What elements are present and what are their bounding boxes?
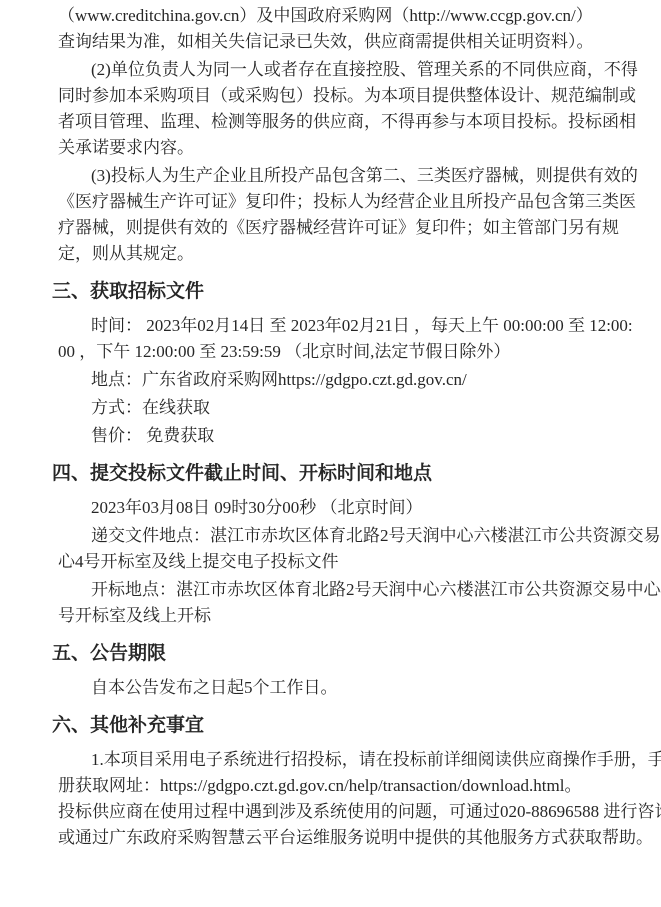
section-heading-obtain-documents: 三、获取招标文件	[52, 279, 657, 305]
doc-line: 者项目管理、监理、检测等服务的供应商，不得再参与本项目投标。投标函相	[58, 109, 657, 135]
document-content: （www.creditchina.gov.cn）及中国政府采购网（http://…	[0, 0, 661, 851]
doc-line: 号开标室及线上开标	[58, 603, 657, 629]
doc-line: 关承诺要求内容。	[58, 135, 657, 161]
paragraph-other-matters: 1.本项目采用电子系统进行招投标，请在投标前详细阅读供应商操作手册，手 册获取网…	[58, 747, 657, 851]
paragraph-item-3: (3)投标人为生产企业且所投产品包含第二、三类医疗器械，则提供有效的 《医疗器械…	[58, 163, 657, 267]
paragraph-obtain-method: 方式：在线获取	[58, 395, 657, 421]
document-page: （www.creditchina.gov.cn）及中国政府采购网（http://…	[0, 0, 661, 907]
doc-line: 售价： 免费获取	[58, 423, 657, 449]
doc-line: 投标供应商在使用过程中遇到涉及系统使用的问题，可通过020-88696588 进…	[58, 799, 657, 825]
doc-line: 地点：广东省政府采购网https://gdgpo.czt.gd.gov.cn/	[58, 367, 657, 393]
doc-line: 同时参加本采购项目（或采购包）投标。为本项目提供整体设计、规范编制或	[58, 83, 657, 109]
doc-line: 2023年03月08日 09时30分00秒 （北京时间）	[58, 495, 657, 521]
section-heading-deadline-opening: 四、提交投标文件截止时间、开标时间和地点	[52, 461, 657, 487]
doc-line: 《医疗器械生产许可证》复印件；投标人为经营企业且所投产品包含第三类医	[58, 189, 657, 215]
doc-line: 心4号开标室及线上提交电子投标文件	[58, 549, 657, 575]
doc-line: 查询结果为准，如相关失信记录已失效，供应商需提供相关证明资料）。	[58, 29, 657, 55]
doc-line: 00 ，下午 12:00:00 至 23:59:59 （北京时间,法定节假日除外…	[58, 339, 657, 365]
doc-line: 或通过广东政府采购智慧云平台运维服务说明中提供的其他服务方式获取帮助。	[58, 825, 657, 851]
doc-line: 方式：在线获取	[58, 395, 657, 421]
paragraph-credit-note: （www.creditchina.gov.cn）及中国政府采购网（http://…	[58, 3, 657, 55]
doc-line: 1.本项目采用电子系统进行招投标，请在投标前详细阅读供应商操作手册，手	[58, 747, 657, 773]
paragraph-obtain-location: 地点：广东省政府采购网https://gdgpo.czt.gd.gov.cn/	[58, 367, 657, 393]
paragraph-obtain-time: 时间： 2023年02月14日 至 2023年02月21日 ，每天上午 00:0…	[58, 313, 657, 365]
doc-line: 递交文件地点：湛江市赤坎区体育北路2号天润中心六楼湛江市公共资源交易中	[58, 523, 657, 549]
doc-line: 开标地点：湛江市赤坎区体育北路2号天润中心六楼湛江市公共资源交易中心4	[58, 577, 657, 603]
doc-line: 自本公告发布之日起5个工作日。	[58, 675, 657, 701]
section-heading-other-matters: 六、其他补充事宜	[52, 713, 657, 739]
doc-line: (3)投标人为生产企业且所投产品包含第二、三类医疗器械，则提供有效的	[58, 163, 657, 189]
paragraph-deadline-datetime: 2023年03月08日 09时30分00秒 （北京时间）	[58, 495, 657, 521]
doc-line: (2)单位负责人为同一人或者存在直接控股、管理关系的不同供应商，不得	[58, 57, 657, 83]
paragraph-announcement-period: 自本公告发布之日起5个工作日。	[58, 675, 657, 701]
paragraph-item-2: (2)单位负责人为同一人或者存在直接控股、管理关系的不同供应商，不得 同时参加本…	[58, 57, 657, 161]
doc-line: 时间： 2023年02月14日 至 2023年02月21日 ，每天上午 00:0…	[58, 313, 657, 339]
paragraph-submit-location: 递交文件地点：湛江市赤坎区体育北路2号天润中心六楼湛江市公共资源交易中 心4号开…	[58, 523, 657, 575]
doc-line: 定，则从其规定。	[58, 241, 657, 267]
paragraph-obtain-price: 售价： 免费获取	[58, 423, 657, 449]
section-heading-announcement-period: 五、公告期限	[52, 641, 657, 667]
doc-line: 册获取网址：https://gdgpo.czt.gd.gov.cn/help/t…	[58, 773, 657, 799]
paragraph-opening-location: 开标地点：湛江市赤坎区体育北路2号天润中心六楼湛江市公共资源交易中心4 号开标室…	[58, 577, 657, 629]
doc-line: （www.creditchina.gov.cn）及中国政府采购网（http://…	[58, 3, 657, 29]
doc-line: 疗器械，则提供有效的《医疗器械经营许可证》复印件；如主管部门另有规	[58, 215, 657, 241]
